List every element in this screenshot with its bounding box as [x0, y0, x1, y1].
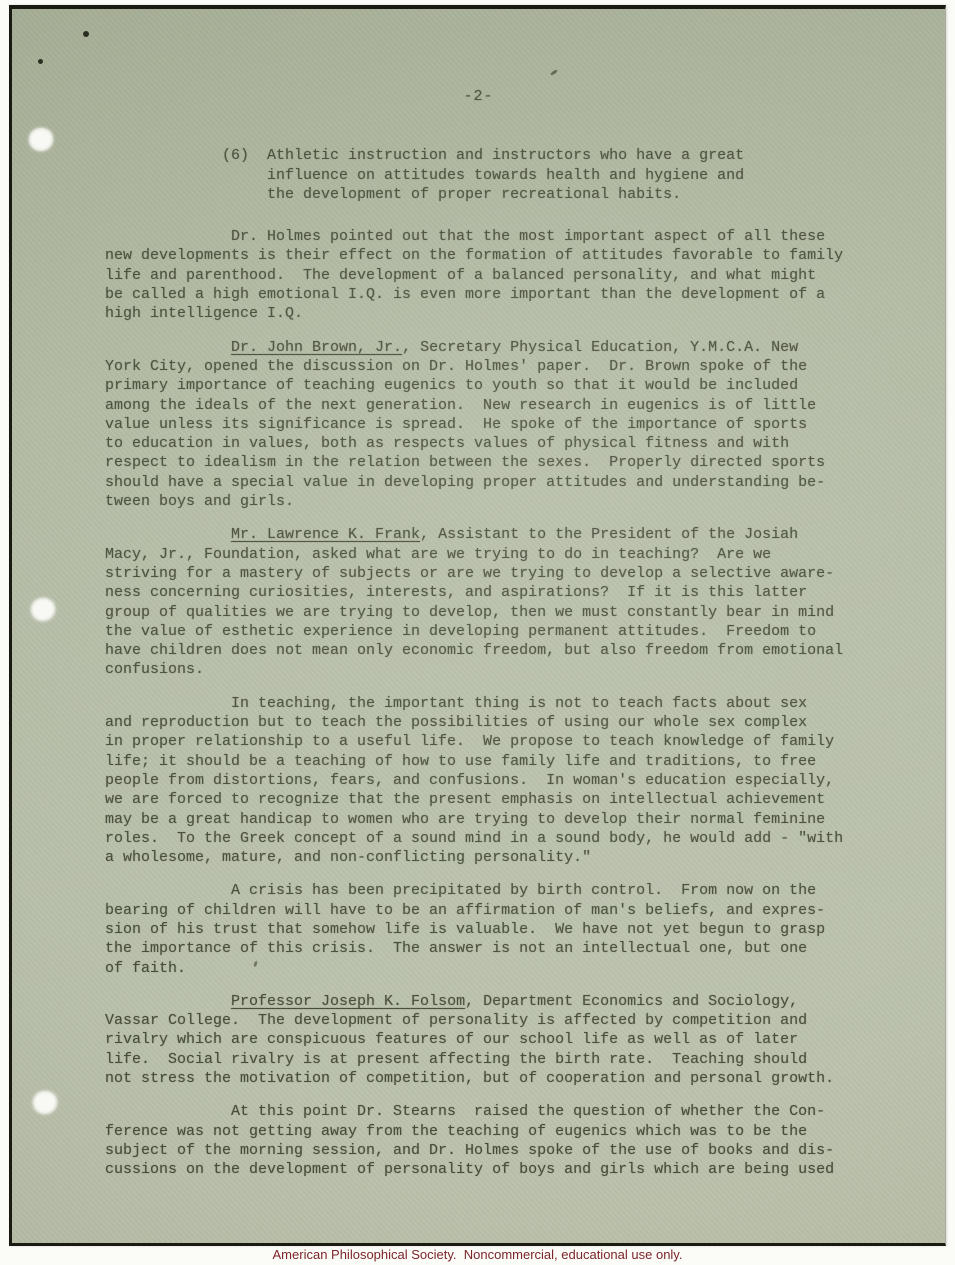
- text-line: tween boys and girls.: [105, 492, 945, 511]
- text-line: striving for a mastery of subjects or ar…: [105, 564, 945, 583]
- text-line: confusions.: [105, 660, 945, 679]
- text-line: (6) Athletic instruction and instructors…: [105, 146, 945, 165]
- punch-hole: [29, 128, 53, 151]
- text-line: to education in values, both as respects…: [105, 434, 945, 453]
- para-dr-john-brown: Dr. John Brown, Jr., Secretary Physical …: [105, 338, 945, 512]
- text-line: life; it should be a teaching of how to …: [105, 752, 945, 771]
- text-line: Mr. Lawrence K. Frank, Assistant to the …: [105, 525, 945, 544]
- copyright-footer: American Philosophical Society. Noncomme…: [0, 1247, 955, 1263]
- text-line: York City, opened the discussion on Dr. …: [105, 357, 945, 376]
- text-line: primary importance of teaching eugenics …: [105, 376, 945, 395]
- text-line: A crisis has been precipitated by birth …: [105, 881, 945, 900]
- text-line: not stress the motivation of competition…: [105, 1069, 945, 1088]
- text-line: people from distortions, fears, and conf…: [105, 771, 945, 790]
- para-dr-stearns: At this point Dr. Stearns raised the que…: [105, 1102, 945, 1179]
- text-line: the importance of this crisis. The answe…: [105, 939, 945, 958]
- text-line: Dr. Holmes pointed out that the most imp…: [105, 227, 945, 246]
- text-line: rivalry which are conspicuous features o…: [105, 1030, 945, 1049]
- text-line: we are forced to recognize that the pres…: [105, 790, 945, 809]
- text-line: cussions on the development of personali…: [105, 1160, 945, 1179]
- paper-sheet: -2- (6) Athletic instruction and instruc…: [9, 5, 946, 1246]
- text-line: ness concerning curiosities, interests, …: [105, 583, 945, 602]
- text-line: should have a special value in developin…: [105, 473, 945, 492]
- text-line: a wholesome, mature, and non-conflicting…: [105, 848, 945, 867]
- text-line: in proper relationship to a useful life.…: [105, 732, 945, 751]
- para-lawrence-frank: Mr. Lawrence K. Frank, Assistant to the …: [105, 525, 945, 679]
- para-in-teaching: In teaching, the important thing is not …: [105, 694, 945, 868]
- scanned-document-page: -2- (6) Athletic instruction and instruc…: [0, 0, 955, 1265]
- underlined-name: Mr. Lawrence K. Frank: [231, 526, 420, 543]
- text-line: among the ideals of the next generation.…: [105, 396, 945, 415]
- ink-speck: [550, 69, 558, 76]
- page-number: -2-: [12, 87, 945, 106]
- text-line: subject of the morning session, and Dr. …: [105, 1141, 945, 1160]
- text-line: sion of his trust that somehow life is v…: [105, 920, 945, 939]
- text-line: influence on attitudes towards health an…: [105, 166, 945, 185]
- underlined-name: Professor Joseph K. Folsom: [231, 993, 465, 1010]
- text-line: Vassar College. The development of perso…: [105, 1011, 945, 1030]
- text-line: ference was not getting away from the te…: [105, 1122, 945, 1141]
- text-line: the development of proper recreational h…: [105, 185, 945, 204]
- text-line: Professor Joseph K. Folsom, Department E…: [105, 992, 945, 1011]
- text-line: have children does not mean only economi…: [105, 641, 945, 660]
- text-line: roles. To the Greek concept of a sound m…: [105, 829, 945, 848]
- punch-hole: [31, 598, 55, 621]
- text-line: bearing of children will have to be an a…: [105, 901, 945, 920]
- punch-hole: [33, 1091, 57, 1114]
- text-line: new developments is their effect on the …: [105, 246, 945, 265]
- text-line: group of qualities we are trying to deve…: [105, 603, 945, 622]
- ink-speck: [83, 31, 89, 37]
- list-item-6: (6) Athletic instruction and instructors…: [105, 146, 945, 204]
- text-line: be called a high emotional I.Q. is even …: [105, 285, 945, 304]
- text-line: may be a great handicap to women who are…: [105, 810, 945, 829]
- text-line: of faith.: [105, 959, 945, 978]
- para-professor-folsom: Professor Joseph K. Folsom, Department E…: [105, 992, 945, 1088]
- text-line: Macy, Jr., Foundation, asked what are we…: [105, 545, 945, 564]
- para-dr-holmes: Dr. Holmes pointed out that the most imp…: [105, 227, 945, 323]
- text-line: the value of esthetic experience in deve…: [105, 622, 945, 641]
- text-line: high intelligence I.Q.: [105, 304, 945, 323]
- ink-speck: [38, 59, 43, 64]
- text-line: life and parenthood. The development of …: [105, 266, 945, 285]
- text-line: At this point Dr. Stearns raised the que…: [105, 1102, 945, 1121]
- text-line: Dr. John Brown, Jr., Secretary Physical …: [105, 338, 945, 357]
- text-line: In teaching, the important thing is not …: [105, 694, 945, 713]
- text-line: respect to idealism in the relation betw…: [105, 453, 945, 472]
- underlined-name: Dr. John Brown, Jr.: [231, 339, 402, 356]
- text-line: and reproduction but to teach the possib…: [105, 713, 945, 732]
- text-line: life. Social rivalry is at present affec…: [105, 1050, 945, 1069]
- para-crisis: A crisis has been precipitated by birth …: [105, 881, 945, 977]
- document-text: (6) Athletic instruction and instructors…: [12, 146, 945, 1179]
- text-line: value unless its significance is spread.…: [105, 415, 945, 434]
